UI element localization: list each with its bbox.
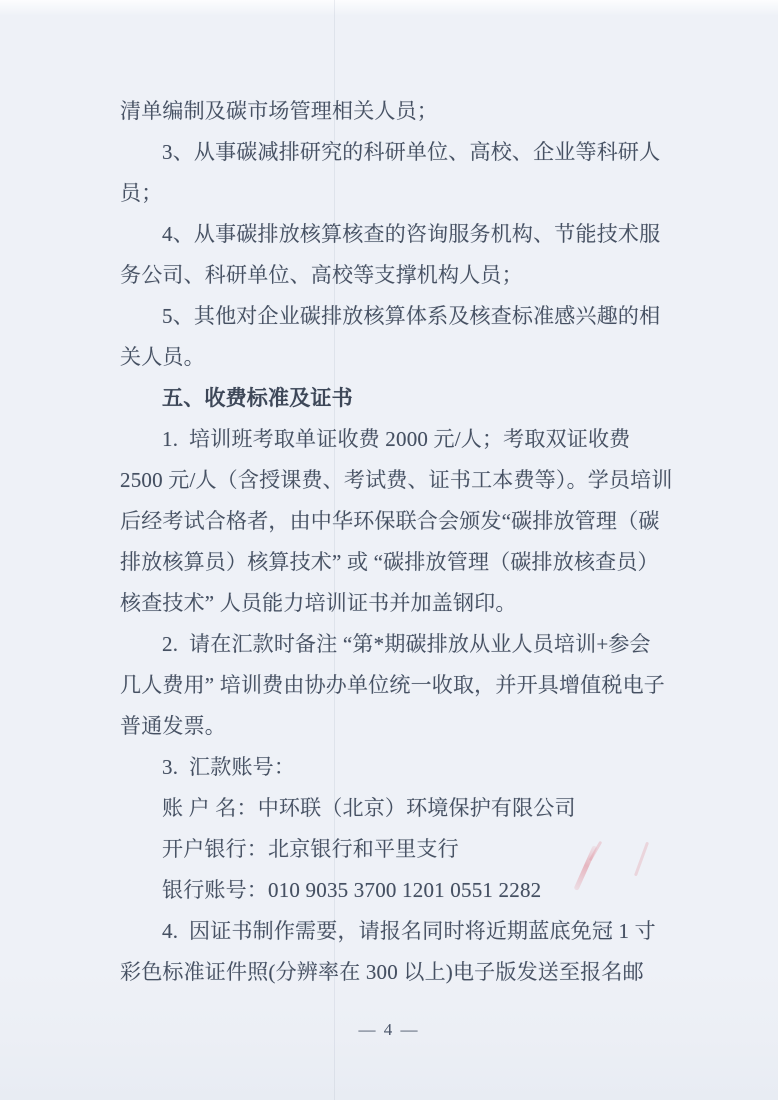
page-number: — 4 — — [0, 1020, 778, 1040]
doc-line: 排放核算员）核算技术” 或 “碳排放管理（碳排放核查员） — [120, 542, 665, 583]
doc-line: 1. 培训班考取单证收费 2000 元/人；考取双证收费 — [120, 419, 665, 460]
doc-line: 核查技术” 人员能力培训证书并加盖钢印。 — [120, 583, 665, 624]
doc-line: 普通发票。 — [120, 706, 665, 747]
doc-line: 4、从事碳排放核算核查的咨询服务机构、节能技术服 — [120, 214, 665, 255]
doc-line: 3. 汇款账号： — [120, 747, 665, 788]
account-name-line: 账 户 名：中环联（北京）环境保护有限公司 — [120, 788, 665, 829]
doc-line: 2. 请在汇款时备注 “第*期碳排放从业人员培训+参会 — [120, 624, 665, 665]
doc-line: 3、从事碳减排研究的科研单位、高校、企业等科研人 — [120, 132, 665, 173]
doc-line: 彩色标准证件照(分辨率在 300 以上)电子版发送至报名邮 — [120, 952, 665, 993]
doc-line: 清单编制及碳市场管理相关人员； — [120, 91, 665, 132]
doc-line: 几人费用” 培训费由协办单位统一收取，并开具增值税电子 — [120, 665, 665, 706]
doc-line: 2500 元/人（含授课费、考试费、证书工本费等）。学员培训 — [120, 460, 665, 501]
doc-line: 关人员。 — [120, 337, 665, 378]
doc-line: 员； — [120, 173, 665, 214]
doc-line: 5、其他对企业碳排放核算体系及核查标准感兴趣的相 — [120, 296, 665, 337]
scanned-page: 清单编制及碳市场管理相关人员； 3、从事碳减排研究的科研单位、高校、企业等科研人… — [0, 0, 778, 1100]
section-heading: 五、收费标准及证书 — [120, 378, 665, 419]
doc-line: 后经考试合格者，由中华环保联合会颁发“碳排放管理（碳 — [120, 501, 665, 542]
doc-line: 4. 因证书制作需要，请报名同时将近期蓝底免冠 1 寸 — [120, 911, 665, 952]
document-body: 清单编制及碳市场管理相关人员； 3、从事碳减排研究的科研单位、高校、企业等科研人… — [120, 91, 665, 993]
doc-line: 务公司、科研单位、高校等支撑机构人员； — [120, 255, 665, 296]
